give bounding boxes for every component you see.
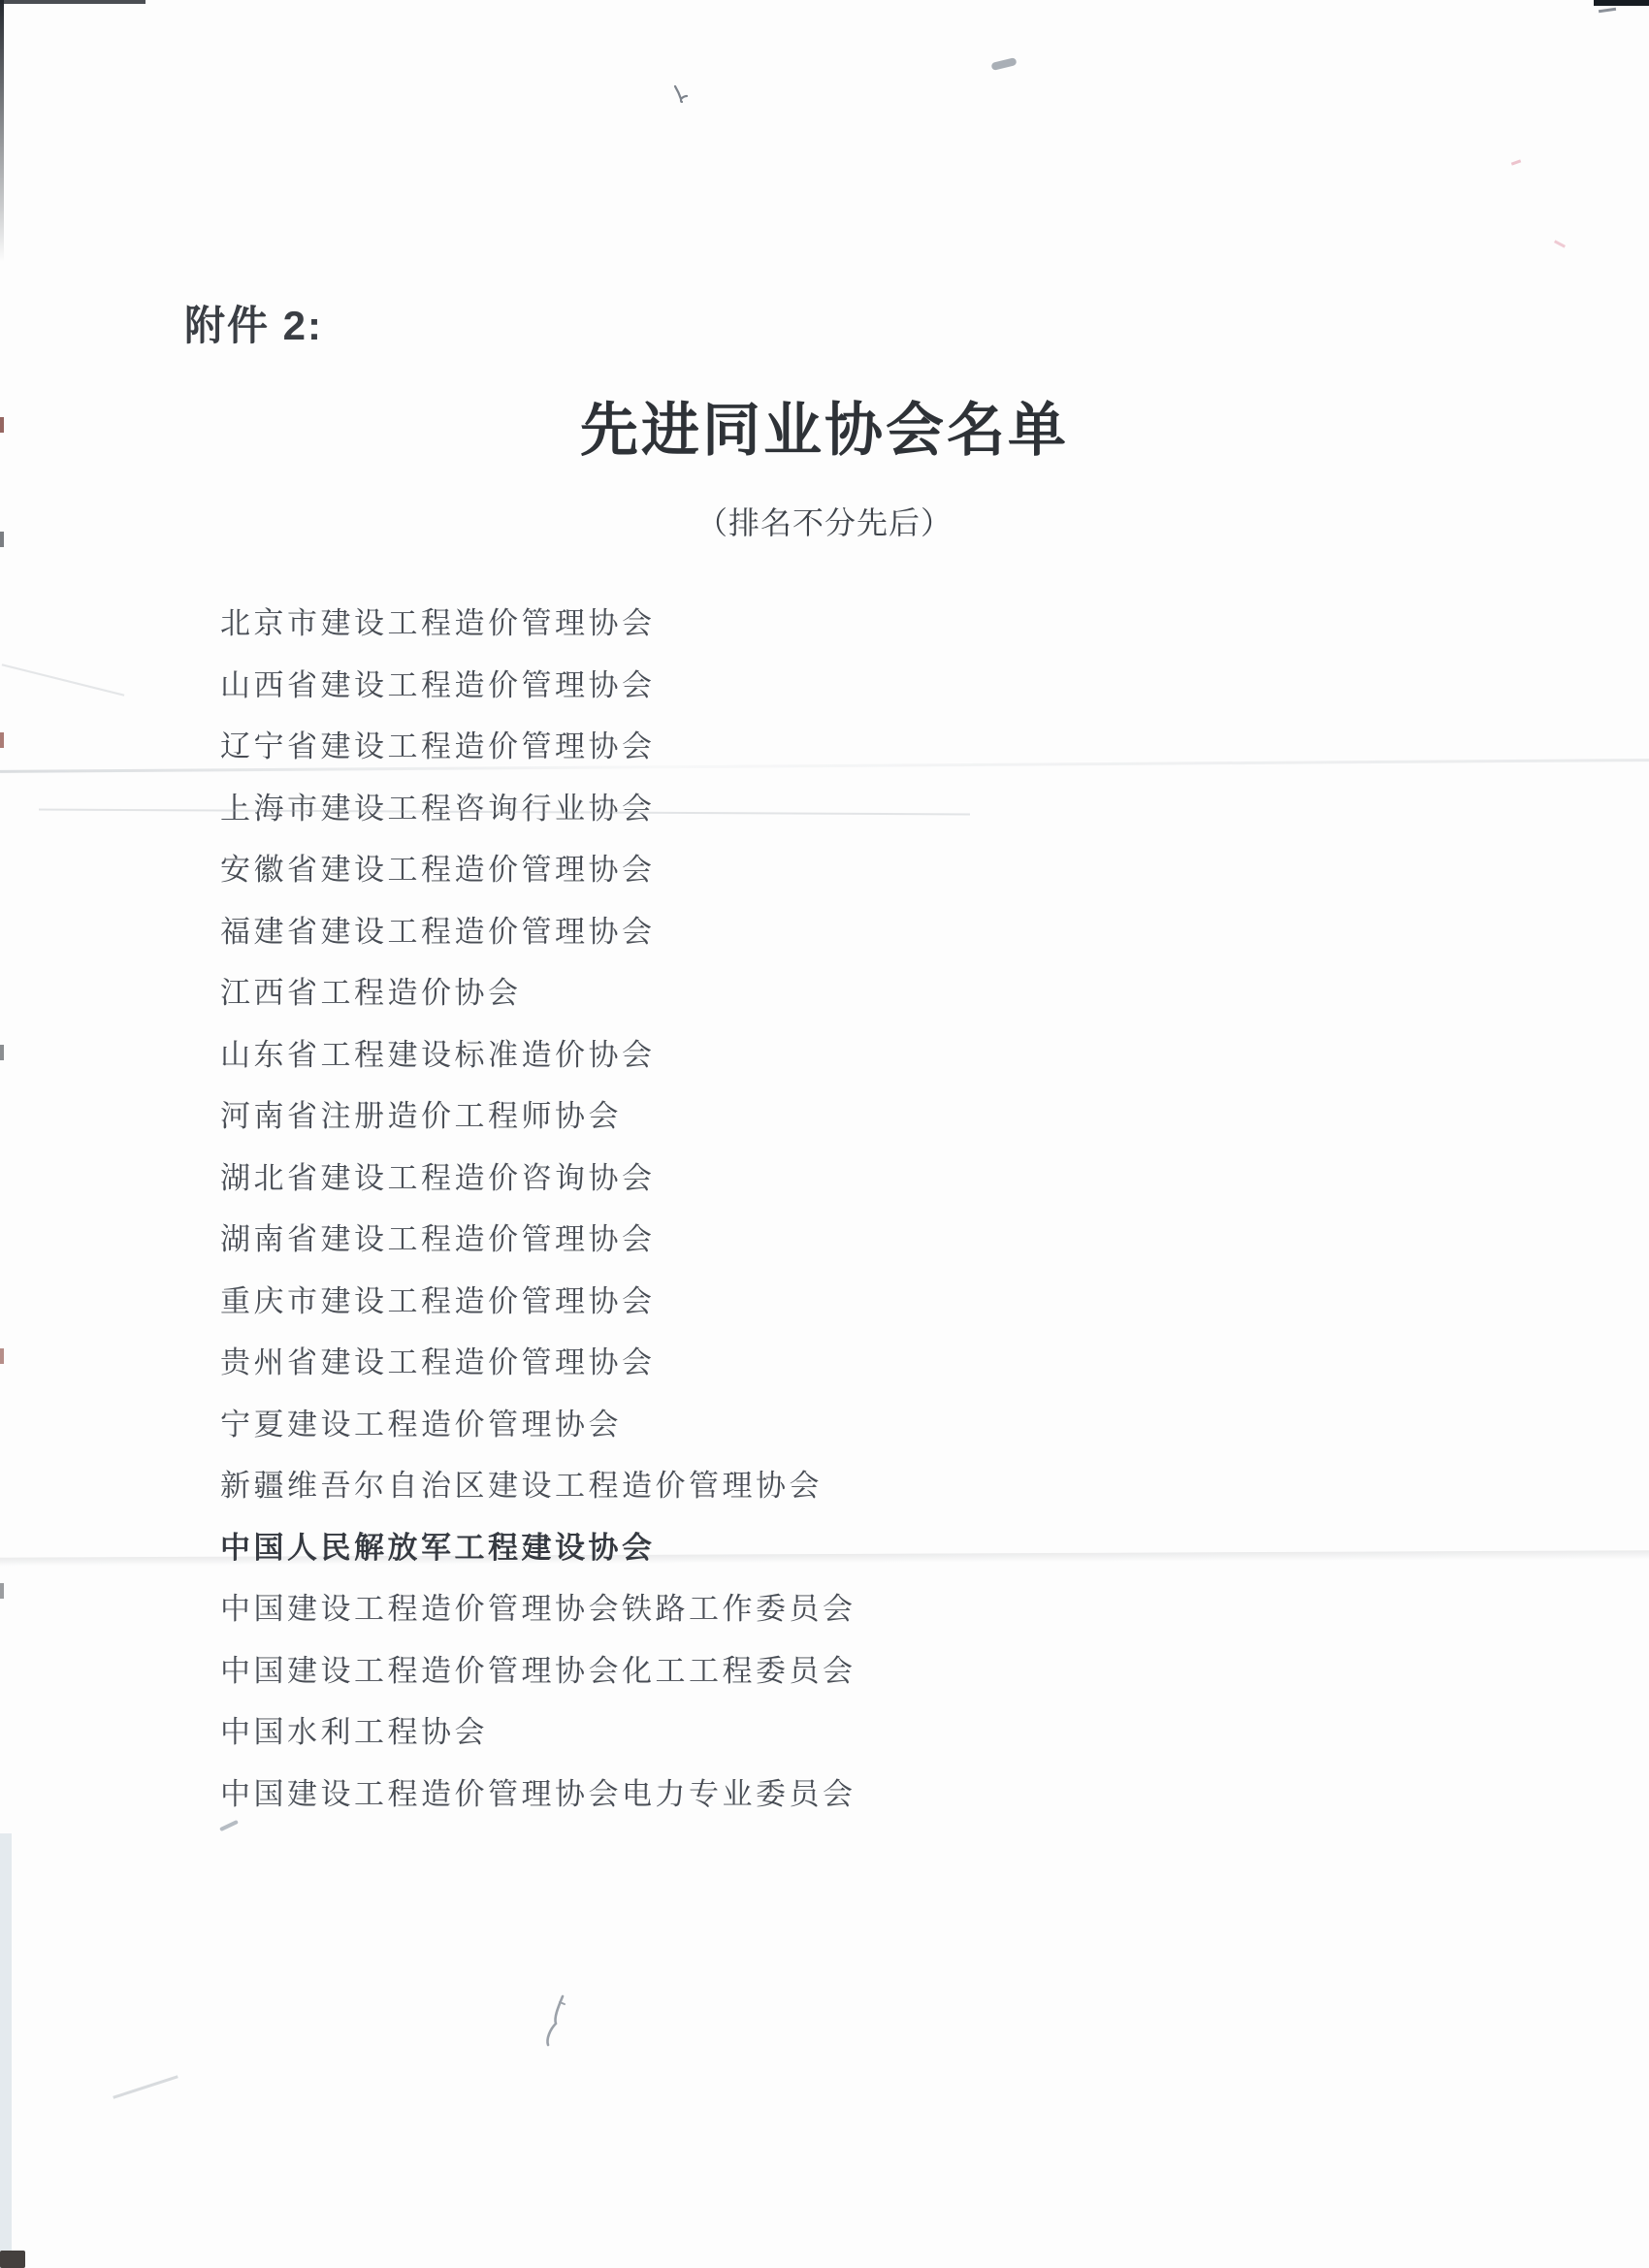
scan-edge-top-right — [1594, 0, 1649, 6]
association-list-item: 湖北省建设工程造价咨询协会 — [220, 1148, 1287, 1210]
scan-edge-mark — [0, 1348, 4, 1364]
scan-edge-left-strip — [0, 0, 4, 262]
scan-color-fringe — [1554, 240, 1566, 247]
association-list-item: 中国水利工程协会 — [220, 1701, 1287, 1764]
scan-edge-mark — [0, 1583, 4, 1599]
scan-edge-mark — [0, 1045, 4, 1060]
association-list-item: 中国建设工程造价管理协会铁路工作委员会 — [220, 1578, 1287, 1640]
association-list-item: 江西省工程造价协会 — [220, 962, 1287, 1024]
paper-crease — [2, 664, 125, 696]
scan-edge-mark — [0, 532, 4, 547]
association-list-item: 贵州省建设工程造价管理协会 — [220, 1332, 1287, 1394]
pen-checkmark-icon — [672, 83, 690, 110]
scan-edge-top-left — [0, 0, 145, 4]
association-list-item: 山西省建设工程造价管理协会 — [220, 655, 1287, 717]
scan-corner-mark — [0, 2251, 25, 2268]
scanned-document-page: 附件 2: 先进同业协会名单 （排名不分先后） 北京市建设工程造价管理协会山西省… — [0, 0, 1649, 2268]
scan-color-fringe — [1511, 159, 1521, 165]
pencil-smudge-icon — [990, 57, 1017, 71]
association-list-item: 北京市建设工程造价管理协会 — [220, 593, 1287, 655]
association-list-item: 中国建设工程造价管理协会化工工程委员会 — [220, 1640, 1287, 1702]
association-list-item: 中国建设工程造价管理协会电力专业委员会 — [220, 1764, 1287, 1826]
association-list-item: 山东省工程建设标准造价协会 — [220, 1024, 1287, 1086]
scan-edge-mark — [0, 417, 4, 433]
pen-slash-icon — [541, 1993, 570, 2056]
page-title: 先进同业协会名单 — [0, 384, 1649, 468]
association-list: 北京市建设工程造价管理协会山西省建设工程造价管理协会辽宁省建设工程造价管理协会上… — [220, 593, 1287, 1825]
association-list-item: 河南省注册造价工程师协会 — [220, 1085, 1287, 1148]
association-list-item: 中国人民解放军工程建设协会 — [220, 1517, 1287, 1579]
association-list-item: 安徽省建设工程造价管理协会 — [220, 839, 1287, 901]
scan-edge-mark — [0, 732, 4, 748]
scan-edge-tick — [1599, 8, 1616, 13]
association-list-item: 宁夏建设工程造价管理协会 — [220, 1394, 1287, 1456]
association-list-item: 福建省建设工程造价管理协会 — [220, 901, 1287, 963]
association-list-item: 重庆市建设工程造价管理协会 — [220, 1271, 1287, 1333]
attachment-label: 附件 2: — [184, 294, 323, 352]
paper-crease — [113, 2075, 178, 2098]
page-subtitle: （排名不分先后） — [0, 499, 1649, 543]
association-list-item: 新疆维吾尔自治区建设工程造价管理协会 — [220, 1455, 1287, 1517]
scan-edge-bottom-left — [0, 1833, 12, 2268]
association-list-item: 上海市建设工程咨询行业协会 — [220, 778, 1287, 840]
association-list-item: 湖南省建设工程造价管理协会 — [220, 1209, 1287, 1271]
